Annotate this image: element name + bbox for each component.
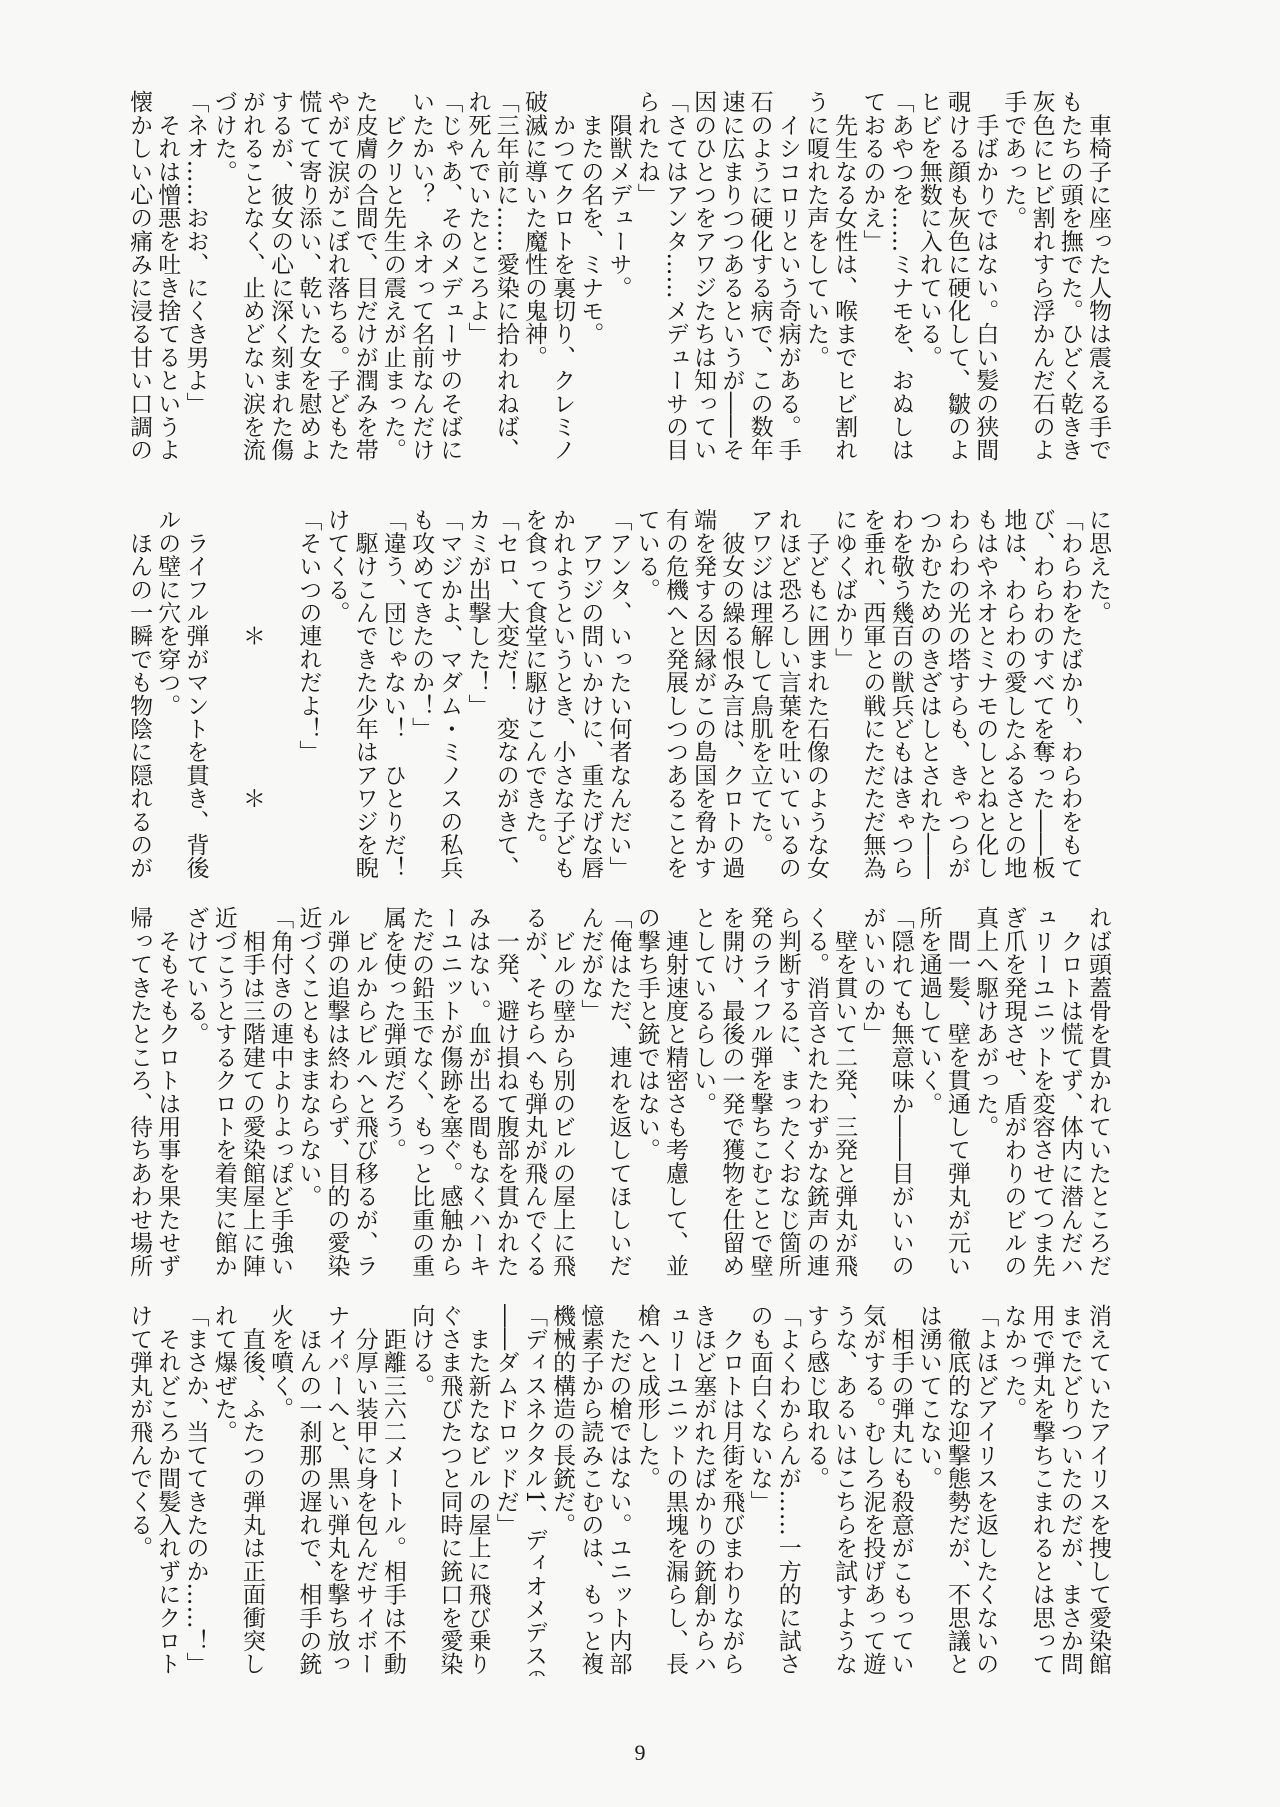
text-column: ビルの壁から別のビルの屋上に飛び移 [548,906,576,1278]
text-column: 「よほどアイリスを返したくないのか」 [971,1304,999,1676]
text-column: みはない。血が出る間もなくハーキュリ [463,906,491,1278]
text-column: づけた。 [210,90,238,462]
text-column: 分厚い装甲に身を包んだサイボーグス [351,1304,379,1676]
text-column: そもそもクロトは用事を果たせず渋々 [153,906,181,1278]
text-column [210,508,238,880]
section-break: ＊ ＊ [238,508,266,880]
text-column: かれようというとき、小さな子どもが泡 [548,508,576,880]
text-column: ぐさま飛びたつと同時に銃口を愛染館へ [435,1304,463,1676]
text-column: 有の危機へと発展しつつあることを示し [661,508,689,880]
text-column: けて弾丸が飛んでくる。 [125,1304,153,1676]
text-column: び、わらわのすべてを奪った――板東の [1027,508,1055,880]
text-column: がれることなく、止めどない涙を流しつ [238,90,266,462]
text-column: 一発、避け損ねて腹部を貫かれた。痛 [492,906,520,1278]
text-column: アワジは理解して鳥肌を立てた。 [745,508,773,880]
text-column: もたちの頭を撫でた。ひどく乾ききって、 [1056,90,1084,462]
text-column: ほんの一瞬でも物陰に隠れるのが遅け [125,508,153,880]
text-column: んだがな」 [576,906,604,1278]
text-column: に思えた。 [1084,508,1112,880]
text-column: 相手の弾丸にも殺意がこもっていない [886,1304,914,1676]
text-column: わを敬う幾百の獣兵どもはきゃつらに頭 [886,508,914,880]
text-column: られたね」 [633,90,661,462]
text-column: ライフル弾がマントを貫き、背後のビ [181,508,209,880]
text-column: つかむためのきざはしとされた――わら [915,508,943,880]
text-column: ヒビを無数に入れている。 [915,90,943,462]
text-column: 「マジかよ、マダム・ミノスの私兵団で [435,508,463,880]
text-column: た皮膚の合間で、目だけが潤みを帯び、 [351,90,379,462]
text-column: も攻めてきたのか！」 [407,508,435,880]
text-column: またの名を、ミナモ。 [576,90,604,462]
text-column: 間一髪、壁を貫通して弾丸が元いた場 [943,906,971,1278]
text-column: 近づこうとするクロトを着実に館から遠 [210,906,238,1278]
text-column: を垂れ、西軍との戦にただただ無為に死 [858,508,886,880]
text-column: 慌てて寄り添い、乾いた女を慰めようと [294,90,322,462]
text-column: ている。 [633,508,661,880]
text-column: 気がする。むしろ泥を投げあって遊ぶよ [858,1304,886,1676]
text-column: それは憎悪を吐き捨てるというより、 [153,90,181,462]
text-column: 距離三六二メートル。相手は不動。 [379,1304,407,1676]
page-number: 9 [0,1740,1280,1766]
text-column: 「隠れても無意味か――目がいいのか耳 [886,906,914,1278]
text-column: 手ばかりではない。白い髪の狭間から [971,90,999,462]
text-column: 火を噴く。 [266,1304,294,1676]
text-column: ーユニットが傷跡を塞ぐ。感触からして [435,906,463,1278]
text-column: なかった。 [999,1304,1027,1676]
text-column: 「わらわをたばかり、わらわをもてあそ [1056,508,1084,880]
text-column: アワジの問いかけに、重たげな唇が開 [576,508,604,880]
text-column: カミが出撃した！」 [463,508,491,880]
text-column: 彼女の繰る恨み言は、クロトの過去に [717,508,745,880]
text-column: 帰ってきたところ、待ちあわせ場所から [125,906,153,1278]
text-column: 灰色にヒビ割れすら浮かんだ石のような [1027,90,1055,462]
text-column: 「アンタ、いったい何者なんだい」 [604,508,632,880]
text-column: 「三年前に……愛染に拾われねば、野垂 [492,90,520,462]
text-column: ほんの一刹那の遅れで、相手の銃口が [294,1304,322,1676]
text-column: 「違う、団じゃない！ ひとりだ！」 [379,508,407,880]
text-column: ル弾の追撃は終わらず、目的の愛染館に [322,906,350,1278]
text-column: 槍へと成形した。 [633,1304,661,1676]
text-column: 隕獣メデューサ。 [604,90,632,462]
text-column: としているらしい。 [689,906,717,1278]
text-column: 向ける。 [407,1304,435,1676]
text-column: 連射速度と精密さも考慮して、並大抵 [661,906,689,1278]
text-column: クロトは慌てず、体内に潜んだハーキ [1056,906,1084,1278]
text-column: を開け、最後の一発で獲物を仕留めよう [717,906,745,1278]
text-column: 真上へ駆けあがった。 [971,906,999,1278]
text-column: うな、あるいはこちらを試すような意図 [830,1304,858,1676]
text-column: ざけている。 [181,906,209,1278]
text-column: ルの壁に穴を穿つ。 [153,508,181,880]
text-column: 「ディスネクタル1、ディオメデスの槍 [520,1304,548,1676]
text-column: までたどりついたのだが、まさか問答無 [1056,1304,1084,1676]
text-column: ュリーユニットの黒塊を漏らし、長細い [661,1304,689,1676]
text-column: かつてクロトを裏切り、クレミノ郷を [548,90,576,462]
text-column: 速に広まりつつあるというが――その原 [717,90,745,462]
text-column: ら判断するに、まったくおなじ箇所に数 [774,906,802,1278]
text-column: 破滅に導いた魔性の鬼神。 [520,90,548,462]
text-column: るが、そちらへも弾丸が飛んでくる。 [520,906,548,1278]
text-column: わらわの光の塔すらも、きゃつらが天を [943,508,971,880]
text-column: ナイパーへと、黒い弾丸を撃ち放った。 [322,1304,350,1676]
text-column: 「ネオ……おお、にくき男よ」 [181,90,209,462]
text-column: するが、彼女の心に深く刻まれた傷は塞 [266,90,294,462]
text-column: イシコロリという奇病がある。手足が [774,90,802,462]
text-column: ておるのかえ」 [858,90,886,462]
text-column: にゆくばかり」 [830,508,858,880]
text-column: 車椅子に座った人物は震える手で子ど [1084,90,1112,462]
text-column: 用で弾丸を撃ちこまれるとは思ってもみ [1027,1304,1055,1676]
text-column: 懐かしい心の痛みに浸る甘い口調のよう [125,90,153,462]
text-column: 石のように硬化する病で、この数年で急 [745,90,773,462]
text-column: の撃ち手と銃ではない。 [633,906,661,1278]
text-column: 相手は三階建ての愛染館屋上に陣取り、 [238,906,266,1278]
text-column: 壁を貫いて二発、三発と弾丸が飛んで [830,906,858,1278]
text-column: 子どもに囲まれた石像のような女がど [802,508,830,880]
text-band-1: 車椅子に座った人物は震える手で子どもたちの頭を撫でた。ひどく乾ききって、灰色にヒ… [92,90,1112,462]
text-column: それどころか間髪入れずにクロトへ向 [153,1304,181,1676]
text-column: 「あやつを……ミナモを、おぬしは知っ [886,90,914,462]
text-column: 「さてはアンタ……メデューサの目で見 [661,90,689,462]
book-page: 車椅子に座った人物は震える手で子どもたちの頭を撫でた。ひどく乾ききって、灰色にヒ… [0,0,1280,1807]
text-column: 端を発する因縁がこの島国を脅かす未曾 [689,508,717,880]
text-column: れほど恐ろしい言葉を吐いているのか、 [774,508,802,880]
text-column: ただの鉛玉でなく、もっと比重の重い金 [407,906,435,1278]
text-column: 憶素子から読みこむのは、もっと複雑な [576,1304,604,1676]
text-column: やがて涙がこぼれ落ちる。子どもたちが [322,90,350,462]
text-column: ュリーユニットを変容させてつま先にか [1027,906,1055,1278]
text-column: けてくる。 [322,508,350,880]
text-band-2: に思えた。「わらわをたばかり、わらわをもてあそび、わらわのすべてを奪った――板東… [92,508,1112,880]
text-column: 覗ける顔も灰色に硬化して、皺のような [943,90,971,462]
text-column: は湧いてこない。 [915,1304,943,1676]
text-column: 「そいつの連れだよ！」 [294,508,322,880]
text-column: 徹底的な迎撃態勢だが、不思議と殺意 [943,1304,971,1676]
text-column: 地は、わらわの愛したふるさとの地は、 [999,508,1027,880]
text-column: ビクリと先生の震えが止まった。乾い [379,90,407,462]
text-column: くる。消音されたわずかな銃声の連鎖か [802,906,830,1278]
text-column: 発のライフル弾を撃ちこむことで壁に穴 [745,906,773,1278]
text-column: ぎ爪を発現させ、盾がわりのビルの壁を [999,906,1027,1278]
text-column: 直後、ふたつの弾丸は正面衝突し、潰 [238,1304,266,1676]
text-column: きほど塞がれたばかりの銃創からハーキ [689,1304,717,1676]
text-column: 「まさか、当ててきたのか……！」 [181,1304,209,1676]
text-band-3: れば頭蓋骨を貫かれていたところだ。 クロトは慌てず、体内に潜んだハーキュリーユニ… [92,906,1112,1278]
text-column: れば頭蓋骨を貫かれていたところだ。 [1084,906,1112,1278]
text-column: また新たなビルの屋上に飛び乗り、す [463,1304,491,1676]
text-column [266,508,294,880]
text-column: うに嗄れた声をしていた。 [802,90,830,462]
text-column: がいいのか」 [858,906,886,1278]
text-column: すら感じ取れる。 [802,1304,830,1676]
text-column: 「よくわからんが……一方的に試される [774,1304,802,1676]
text-column: 所を通過していく。 [915,906,943,1278]
text-column: 「俺はただ、連れを返してほしいだけな [604,906,632,1278]
text-column: 「角付きの連中よりよっぽど手強いな」 [266,906,294,1278]
text-band-4: 消えていたアイリスを捜して愛染館目前までたどりついたのだが、まさか問答無用で弾丸… [92,1304,1112,1676]
text-column: ――ダムドロッドだ」 [492,1304,520,1676]
text-column: ただの槍ではない。ユニット内部の記 [604,1304,632,1676]
text-column: 消えていたアイリスを捜して愛染館目前 [1084,1304,1112,1676]
text-column: 手であった。 [999,90,1027,462]
text-column: のも面白くないな」 [745,1304,773,1676]
text-column: れて爆ぜた。 [210,1304,238,1676]
text-column: 近づくこともままならない。 [294,906,322,1278]
text-column: 属を使った弾頭だろう。 [379,906,407,1278]
text-column: もはやネオとミナモのしとねと化した。 [971,508,999,880]
text-column: 「セロ、大変だ！ 変なのがきて、オオ [492,508,520,880]
text-column: 先生なる女性は、喉までヒビ割れたよ [830,90,858,462]
text-column: 「じゃあ、そのメデューサのそばに男は [435,90,463,462]
text-column: ビルからビルへと飛び移るが、ライフ [351,906,379,1278]
text-column: 駆けこんできた少年はアワジを睨みつ [351,508,379,880]
text-column: 因のひとつをアワジたちは知っている。 [689,90,717,462]
text-column: を食って食堂に駆けこんできた。 [520,508,548,880]
text-column: いたかい？ ネオって名前なんだけど」 [407,90,435,462]
text-column: れ死んでいたところよ」 [463,90,491,462]
text-column: クロトは月街を飛びまわりながら、さ [717,1304,745,1676]
text-column: 機械的構造の長銃だ。 [548,1304,576,1676]
